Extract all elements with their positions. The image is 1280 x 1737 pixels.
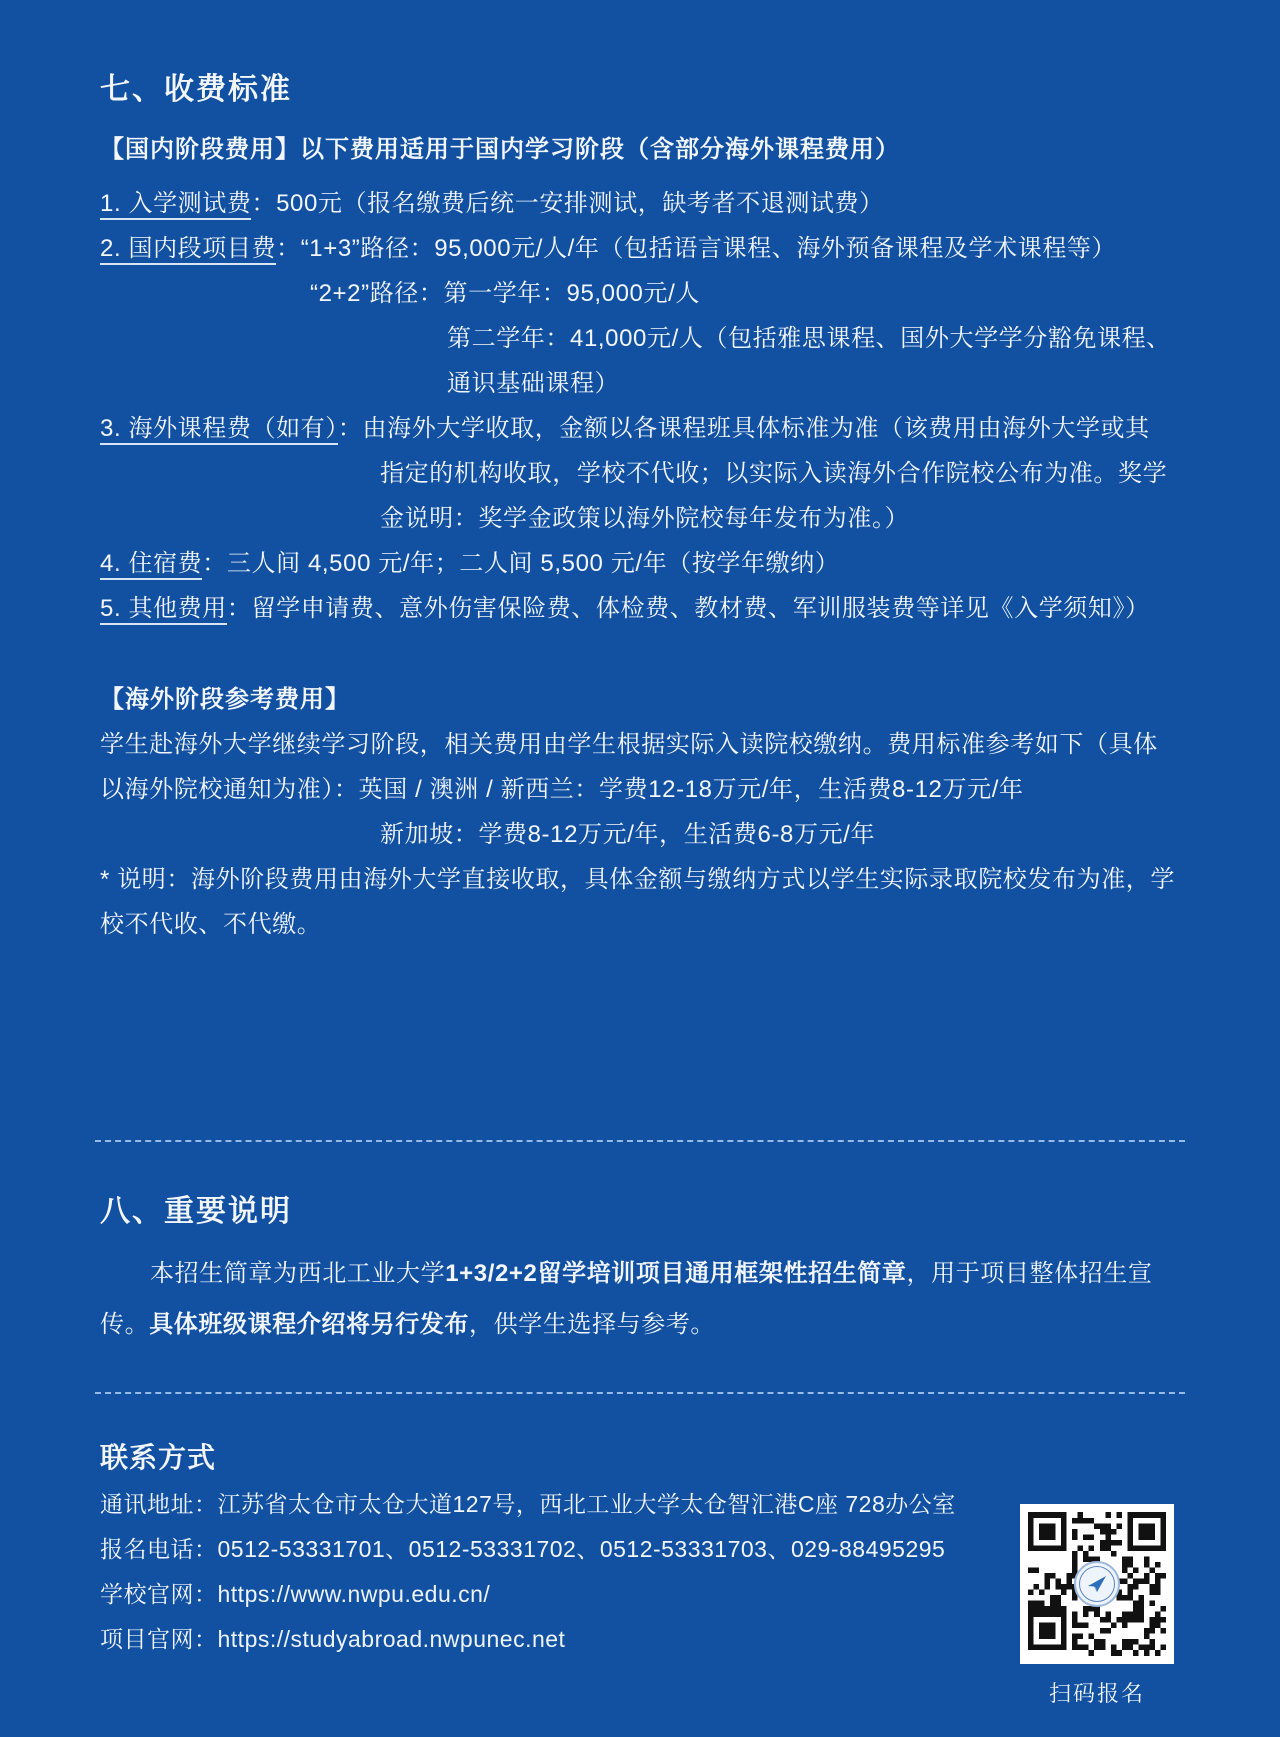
fee-item-domestic-program-line2: “2+2”路径：第一学年：95,000元/人: [100, 271, 1180, 316]
fee-item-text: ：500元（报名缴费后统一安排测试，缺考者不退测试费）: [251, 190, 883, 217]
qr-code: [1020, 1504, 1174, 1664]
overseas-fees-header: 【海外阶段参考费用】: [100, 677, 1180, 722]
fee-item-other: 5. 其他费用：留学申请费、意外伤害保险费、体检费、教材费、军训服装费等详见《入…: [100, 586, 1180, 631]
fee-item-text: ：“1+3”路径：95,000元/人/年（包括语言课程、海外预备课程及学术课程等…: [276, 235, 1116, 262]
program-website-link[interactable]: https://studyabroad.nwpunec.net: [218, 1626, 566, 1652]
qr-block: 扫码报名: [1020, 1504, 1174, 1708]
fee-item-domestic-program: 2. 国内段项目费：“1+3”路径：95,000元/人/年（包括语言课程、海外预…: [100, 226, 1180, 271]
overseas-fees-line3: 新加坡：学费8-12万元/年，生活费6-8万元/年: [100, 812, 1180, 857]
university-logo-icon: [1074, 1561, 1120, 1607]
overseas-fees-note1: * 说明：海外阶段费用由海外大学直接收取，具体金额与缴纳方式以学生实际录取院校发…: [100, 857, 1180, 902]
fee-item-accommodation: 4. 住宿费：三人间 4,500 元/年；二人间 5,500 元/年（按学年缴纳…: [100, 541, 1180, 586]
contact-row-phone: 报名电话：0512-53331701、0512-53331702、0512-53…: [100, 1527, 1180, 1572]
domestic-fees-header: 【国内阶段费用】以下费用适用于国内学习阶段（含部分海外课程费用）: [100, 131, 1180, 169]
section-divider: [95, 1392, 1185, 1394]
fee-item-label: 1. 入学测试费: [100, 190, 251, 220]
notes-text: ，用于项目整体招生宣: [907, 1260, 1153, 1287]
fee-item-overseas-course: 3. 海外课程费（如有）：由海外大学收取，金额以各课程班具体标准为准（该费用由海…: [100, 406, 1180, 451]
notes-text-bold: 1+3/2+2留学培训项目通用框架性招生简章: [445, 1260, 906, 1287]
school-website-link[interactable]: https://www.nwpu.edu.cn/: [218, 1581, 491, 1607]
brochure-page: 七、收费标准 【国内阶段费用】以下费用适用于国内学习阶段（含部分海外课程费用） …: [0, 0, 1280, 1662]
domestic-fee-list: 1. 入学测试费：500元（报名缴费后统一安排测试，缺考者不退测试费） 2. 国…: [100, 181, 1180, 631]
fee-item-text: ：三人间 4,500 元/年；二人间 5,500 元/年（按学年缴纳）: [202, 550, 839, 577]
section-divider: [95, 1140, 1185, 1142]
notes-line1: 本招生简章为西北工业大学1+3/2+2留学培训项目通用框架性招生简章，用于项目整…: [100, 1248, 1180, 1299]
notes-line2: 传。具体班级课程介绍将另行发布，供学生选择与参考。: [100, 1299, 1180, 1350]
contact-rows: 通讯地址：江苏省太仓市太仓大道127号，西北工业大学太仓智汇港C座 728办公室…: [100, 1482, 1180, 1662]
contact-value: 江苏省太仓市太仓大道127号，西北工业大学太仓智汇港C座 728办公室: [218, 1491, 956, 1517]
contact-label: 学校官网：: [100, 1581, 218, 1607]
fee-item-label: 4. 住宿费: [100, 550, 202, 580]
qr-caption: 扫码报名: [1020, 1677, 1174, 1708]
contact-row-address: 通讯地址：江苏省太仓市太仓大道127号，西北工业大学太仓智汇港C座 728办公室: [100, 1482, 1180, 1527]
fee-item-text: ：由海外大学收取，金额以各课程班具体标准为准（该费用由海外大学或其: [338, 415, 1150, 442]
overseas-fees-note2: 校不代收、不代缴。: [100, 902, 1180, 947]
contact-label: 项目官网：: [100, 1626, 218, 1652]
fee-item-label: 5. 其他费用: [100, 595, 227, 625]
contact-value: 0512-53331701、0512-53331702、0512-5333170…: [218, 1536, 946, 1562]
fee-item-domestic-program-line3: 第二学年：41,000元/人（包括雅思课程、国外大学学分豁免课程、: [100, 316, 1180, 361]
notes-paragraph: 本招生简章为西北工业大学1+3/2+2留学培训项目通用框架性招生简章，用于项目整…: [100, 1248, 1180, 1350]
notes-text: 本招生简章为西北工业大学: [150, 1260, 445, 1287]
contact-label: 通讯地址：: [100, 1491, 218, 1517]
contact-title: 联系方式: [100, 1438, 1180, 1478]
contact-row-school-website: 学校官网：https://www.nwpu.edu.cn/: [100, 1572, 1180, 1617]
overseas-fees-line1: 学生赴海外大学继续学习阶段，相关费用由学生根据实际入读院校缴纳。费用标准参考如下…: [100, 722, 1180, 767]
contact-label: 报名电话：: [100, 1536, 218, 1562]
notes-text: ，供学生选择与参考。: [469, 1311, 715, 1338]
section-notes-title: 八、重要说明: [100, 1192, 1180, 1232]
notes-text-bold: 具体班级课程介绍将另行发布: [149, 1311, 469, 1338]
notes-text: 传。: [100, 1311, 149, 1338]
paper-plane-icon: [1085, 1572, 1109, 1596]
fee-item-entrance-test: 1. 入学测试费：500元（报名缴费后统一安排测试，缺考者不退测试费）: [100, 181, 1180, 226]
fee-item-overseas-course-line3: 金说明：奖学金政策以海外院校每年发布为准。）: [100, 496, 1180, 541]
fee-item-overseas-course-line2: 指定的机构收取，学校不代收；以实际入读海外合作院校公布为准。奖学: [100, 451, 1180, 496]
section-fees-title: 七、收费标准: [100, 70, 1180, 110]
fee-item-label: 2. 国内段项目费: [100, 235, 276, 265]
contact-row-program-website: 项目官网：https://studyabroad.nwpunec.net: [100, 1617, 1180, 1662]
contact-section: 联系方式 通讯地址：江苏省太仓市太仓大道127号，西北工业大学太仓智汇港C座 7…: [100, 1438, 1180, 1662]
overseas-fees-line2: 以海外院校通知为准）：英国 / 澳洲 / 新西兰：学费12-18万元/年，生活费…: [100, 767, 1180, 812]
fee-item-domestic-program-line4: 通识基础课程）: [100, 361, 1180, 406]
fee-item-label: 3. 海外课程费（如有）: [100, 415, 338, 445]
fee-item-text: ：留学申请费、意外伤害保险费、体检费、教材费、军训服装费等详见《入学须知》）: [227, 595, 1150, 622]
